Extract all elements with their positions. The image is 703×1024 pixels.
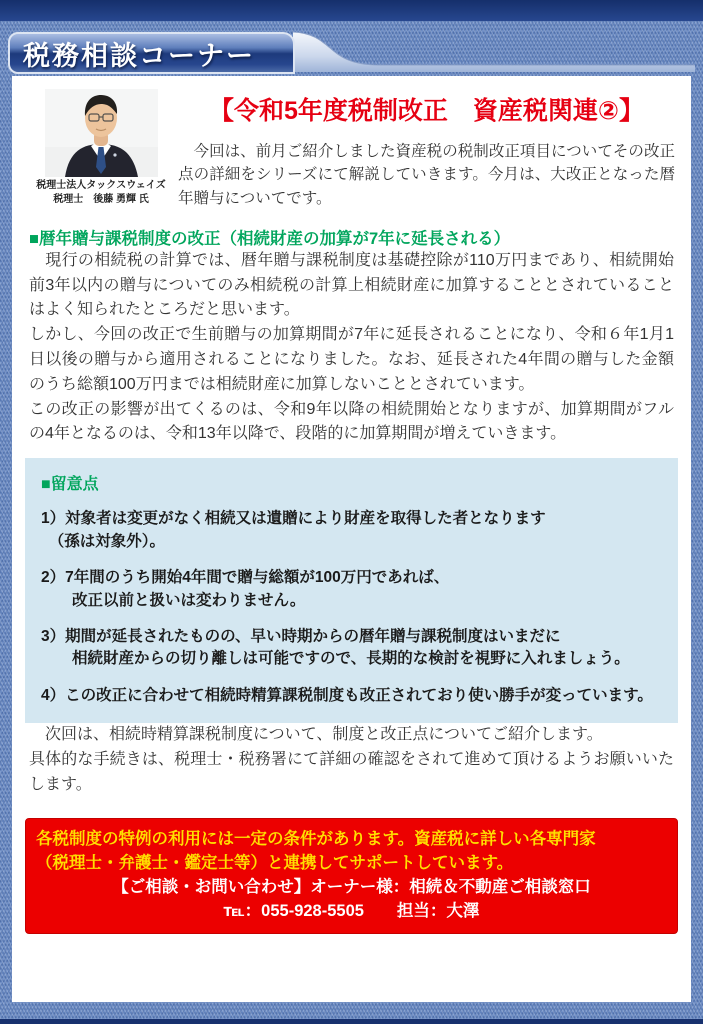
note-item-3: 3）期間が延長されたものの、早い時期からの暦年贈与課税制度はいまだに 相続財産か…: [41, 626, 662, 671]
paragraph-3: この改正の影響が出てくるのは、令和9年以降の相続開始となりますが、加算期間がフル…: [29, 398, 674, 448]
header-banner: 税務相談コーナー: [8, 32, 295, 74]
contact-box: 各税制度の特例の利用には一定の条件があります。資産税に詳しい各専門家 （税理士・…: [25, 818, 678, 935]
note-item-4: 4）この改正に合わせて相続時精算課税制度も改正されており使い勝手が変っています。: [41, 685, 662, 707]
photo-caption: 税理士法人タックスウェイズ 税理士 後藤 勇輝 氏: [28, 179, 174, 206]
note-item-line: 相続財産からの切り離しは可能ですので、長期的な検討を視野に入れましょう。: [41, 648, 662, 670]
contact-notice-line1: 各税制度の特例の利用には一定の条件があります。資産税に詳しい各専門家: [36, 828, 667, 852]
intro-column: 【令和5年度税制改正 資産税関連②】 今回は、前月ご紹介しました資産税の税制改正…: [174, 89, 675, 210]
advisor-portrait-image: [45, 89, 158, 177]
bottom-border-band: [0, 1019, 703, 1024]
contact-tel-line: ℡：055-928-5505 担当：大澤: [36, 900, 667, 924]
content-panel: 税理士法人タックスウェイズ 税理士 後藤 勇輝 氏 【令和5年度税制改正 資産税…: [12, 76, 691, 1002]
closing-paragraph-2: 具体的な手続きは、税理士・税務署にて詳細の確認をされて進めて頂けるようお願いいた…: [29, 748, 674, 798]
advisor-photo-block: 税理士法人タックスウェイズ 税理士 後藤 勇輝 氏: [28, 89, 174, 210]
section-heading: ■暦年贈与課税制度の改正（相続財産の加算が7年に延長される）: [29, 225, 674, 249]
note-item-1: 1）対象者は変更がなく相続又は遺贈により財産を取得した者となります （孫は対象外…: [41, 508, 662, 553]
contact-notice-line2: （税理士・弁護士・鑑定士等）と連携してサポートしています。: [36, 852, 667, 876]
note-item-2: 2）7年間のうち開始4年間で贈与総額が100万円であれば、 改正以前と扱いは変わ…: [41, 567, 662, 612]
note-item-line: （孫は対象外）。: [41, 531, 662, 553]
header-swoosh: [293, 32, 695, 74]
article-intro: 今回は、前月ご紹介しました資産税の税制改正項目についてその改正点の詳細をシリーズ…: [178, 140, 675, 210]
notes-heading: ■留意点: [41, 471, 662, 494]
note-item-line: 3）期間が延長されたものの、早い時期からの暦年贈与課税制度はいまだに: [41, 626, 662, 648]
note-item-line: 2）7年間のうち開始4年間で贈与総額が100万円であれば、: [41, 567, 662, 589]
paragraph-2: しかし、今回の改正で生前贈与の加算期間が7年に延長されることになり、令和６年1月…: [29, 323, 674, 397]
article-title: 【令和5年度税制改正 資産税関連②】: [178, 91, 675, 127]
note-item-line: 改正以前と扱いは変わりません。: [41, 590, 662, 612]
photo-caption-line2: 税理士 後藤 勇輝 氏: [28, 193, 174, 207]
closing-block: 次回は、相続時精算課税制度について、制度と改正点についてご紹介します。 具体的な…: [12, 723, 691, 797]
paragraph-1: 現行の相続税の計算では、暦年贈与課税制度は基礎控除が110万円まであり、相続開始…: [29, 249, 674, 323]
article-body: ■暦年贈与課税制度の改正（相続財産の加算が7年に延長される） 現行の相続税の計算…: [12, 225, 691, 447]
note-item-line: 1）対象者は変更がなく相続又は遺贈により財産を取得した者となります: [41, 508, 662, 530]
notes-box: ■留意点 1）対象者は変更がなく相続又は遺贈により財産を取得した者となります （…: [25, 458, 678, 723]
header-title: 税務相談コーナー: [23, 34, 255, 73]
note-item-line: 4）この改正に合わせて相続時精算課税制度も改正されており使い勝手が変っています。: [41, 685, 662, 707]
contact-heading-line: 【ご相談・お問い合わせ】オーナー様：相続＆不動産ご相談窓口: [36, 876, 667, 900]
intro-row: 税理士法人タックスウェイズ 税理士 後藤 勇輝 氏 【令和5年度税制改正 資産税…: [12, 76, 691, 210]
top-border-band: [0, 0, 703, 21]
photo-caption-line1: 税理士法人タックスウェイズ: [28, 179, 174, 193]
closing-paragraph-1: 次回は、相続時精算課税制度について、制度と改正点についてご紹介します。: [29, 723, 674, 748]
